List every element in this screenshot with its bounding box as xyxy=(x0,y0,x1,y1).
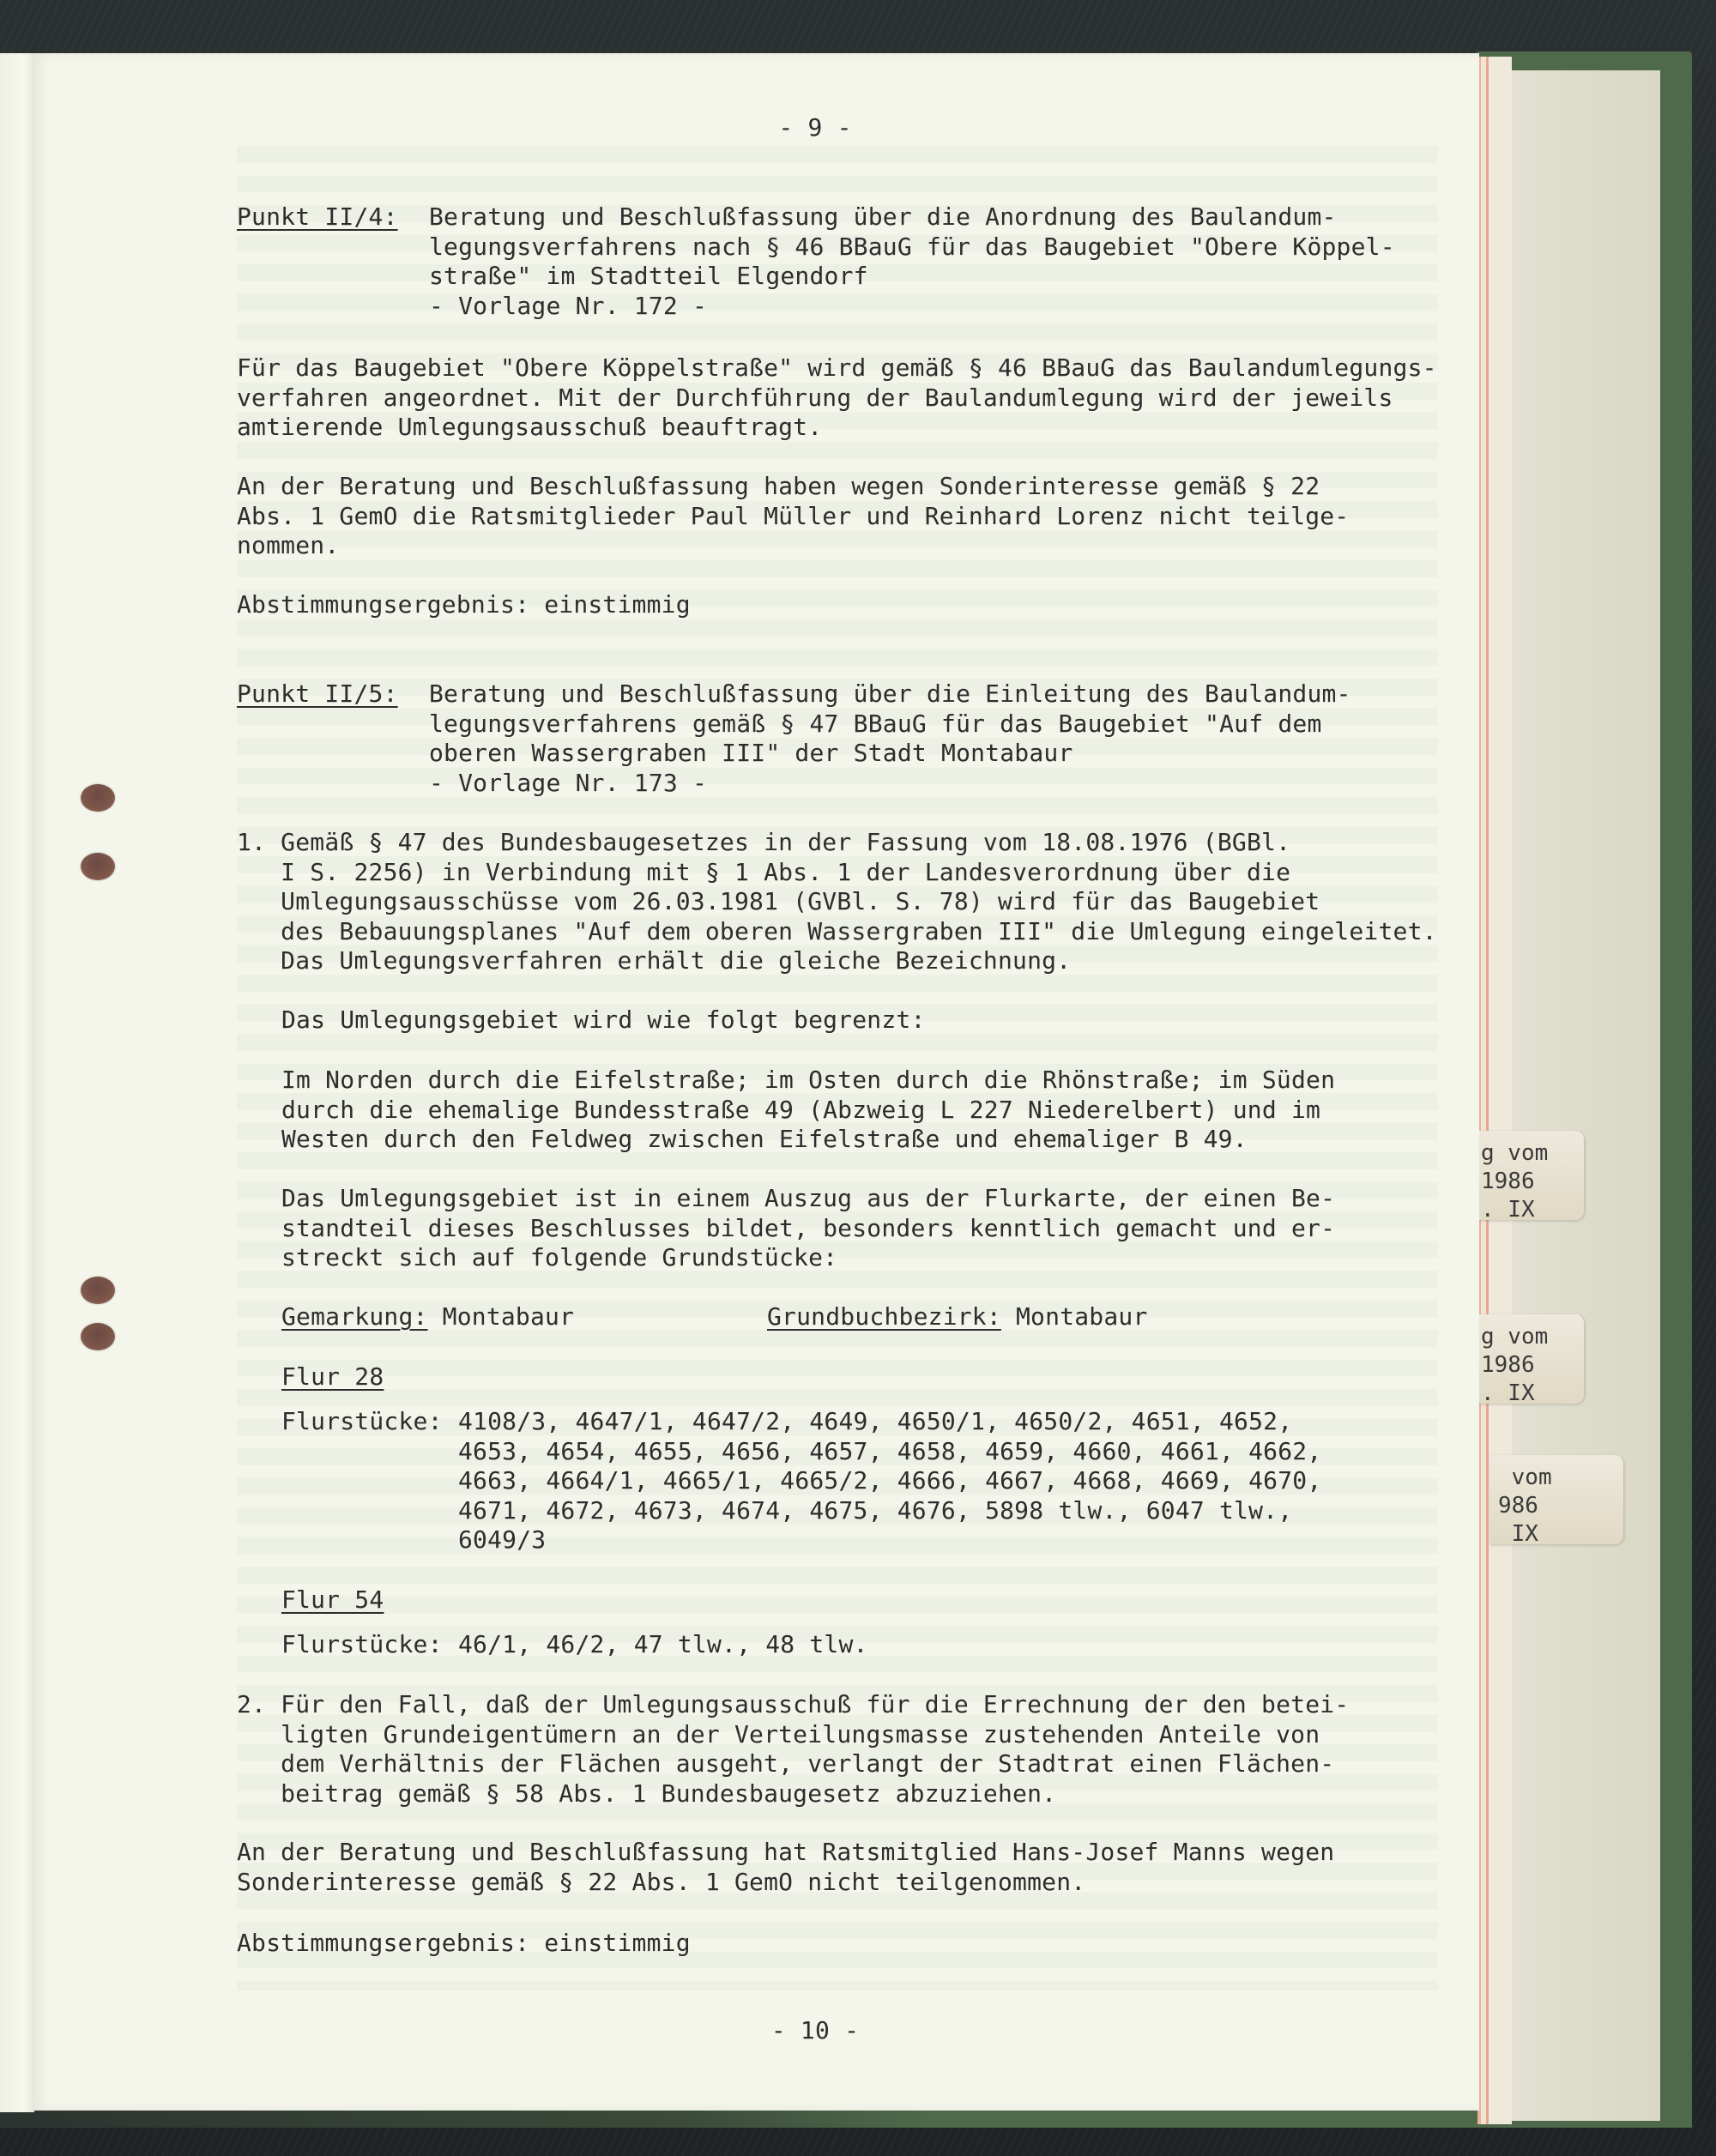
page-stack-edge xyxy=(1477,57,1512,2124)
gemarkung: Gemarkung: Montabaur xyxy=(281,1302,574,1332)
item-title: Beratung und Beschlußfassung über die An… xyxy=(429,202,1395,321)
gemarkung-label: Gemarkung: xyxy=(281,1302,428,1331)
flur-28-parcels: 4108/3, 4647/1, 4647/2, 4649, 4650/1, 46… xyxy=(458,1407,1321,1555)
punch-hole xyxy=(81,1277,115,1304)
abstention-note: An der Beratung und Beschlußfassung hat … xyxy=(237,1838,1334,1897)
grundbuchbezirk: Grundbuchbezirk: Montabaur xyxy=(767,1302,1148,1332)
binder-green-bottom xyxy=(0,2109,1692,2128)
flur-54-parcels-label: Flurstücke: xyxy=(281,1630,443,1660)
grundbuch-label: Grundbuchbezirk: xyxy=(767,1302,1001,1331)
page-number-bottom: - 10 - xyxy=(686,2016,944,2046)
page-fold xyxy=(0,53,34,2112)
vote-result: Abstimmungsergebnis: einstimmig xyxy=(237,1929,691,1959)
index-tab-2[interactable]: g vom 1986 . IX xyxy=(1472,1314,1584,1404)
index-tab-3[interactable]: vom 986 IX xyxy=(1489,1455,1623,1544)
underlying-divider-page xyxy=(1510,70,1660,2121)
grundbuch-value: Montabaur xyxy=(1016,1302,1148,1331)
page-number-top: - 9 - xyxy=(686,113,944,143)
item-label: Punkt II/4: xyxy=(237,202,398,233)
boundary-intro: Das Umlegungsgebiet wird wie folgt begre… xyxy=(281,1006,926,1036)
item-label: Punkt II/5: xyxy=(237,679,398,710)
flur-28-parcels-label: Flurstücke: xyxy=(281,1407,443,1437)
extent-description: Das Umlegungsgebiet ist in einem Auszug … xyxy=(281,1184,1335,1273)
vote-result: Abstimmungsergebnis: einstimmig xyxy=(237,590,691,620)
gemarkung-value: Montabaur xyxy=(443,1302,575,1331)
punch-hole xyxy=(81,1323,115,1350)
point-2: 2. Für den Fall, daß der Umlegungsaussch… xyxy=(237,1690,1349,1809)
item-title: Beratung und Beschlußfassung über die Ei… xyxy=(429,679,1351,798)
punch-hole xyxy=(81,853,115,880)
flur-28-heading: Flur 28 xyxy=(281,1362,384,1392)
index-tab-1[interactable]: g vom 1986 . IX xyxy=(1472,1131,1584,1220)
punch-hole xyxy=(81,784,115,812)
flur-54-heading: Flur 54 xyxy=(281,1585,384,1615)
flur-54-parcels: 46/1, 46/2, 47 tlw., 48 tlw. xyxy=(458,1630,868,1660)
boundary-description: Im Norden durch die Eifelstraße; im Oste… xyxy=(281,1066,1335,1155)
point-1: 1. Gemäß § 47 des Bundesbaugesetzes in d… xyxy=(237,828,1437,976)
paragraph: An der Beratung und Beschlußfassung habe… xyxy=(237,472,1349,561)
paragraph: Für das Baugebiet "Obere Köppelstraße" w… xyxy=(237,353,1437,443)
